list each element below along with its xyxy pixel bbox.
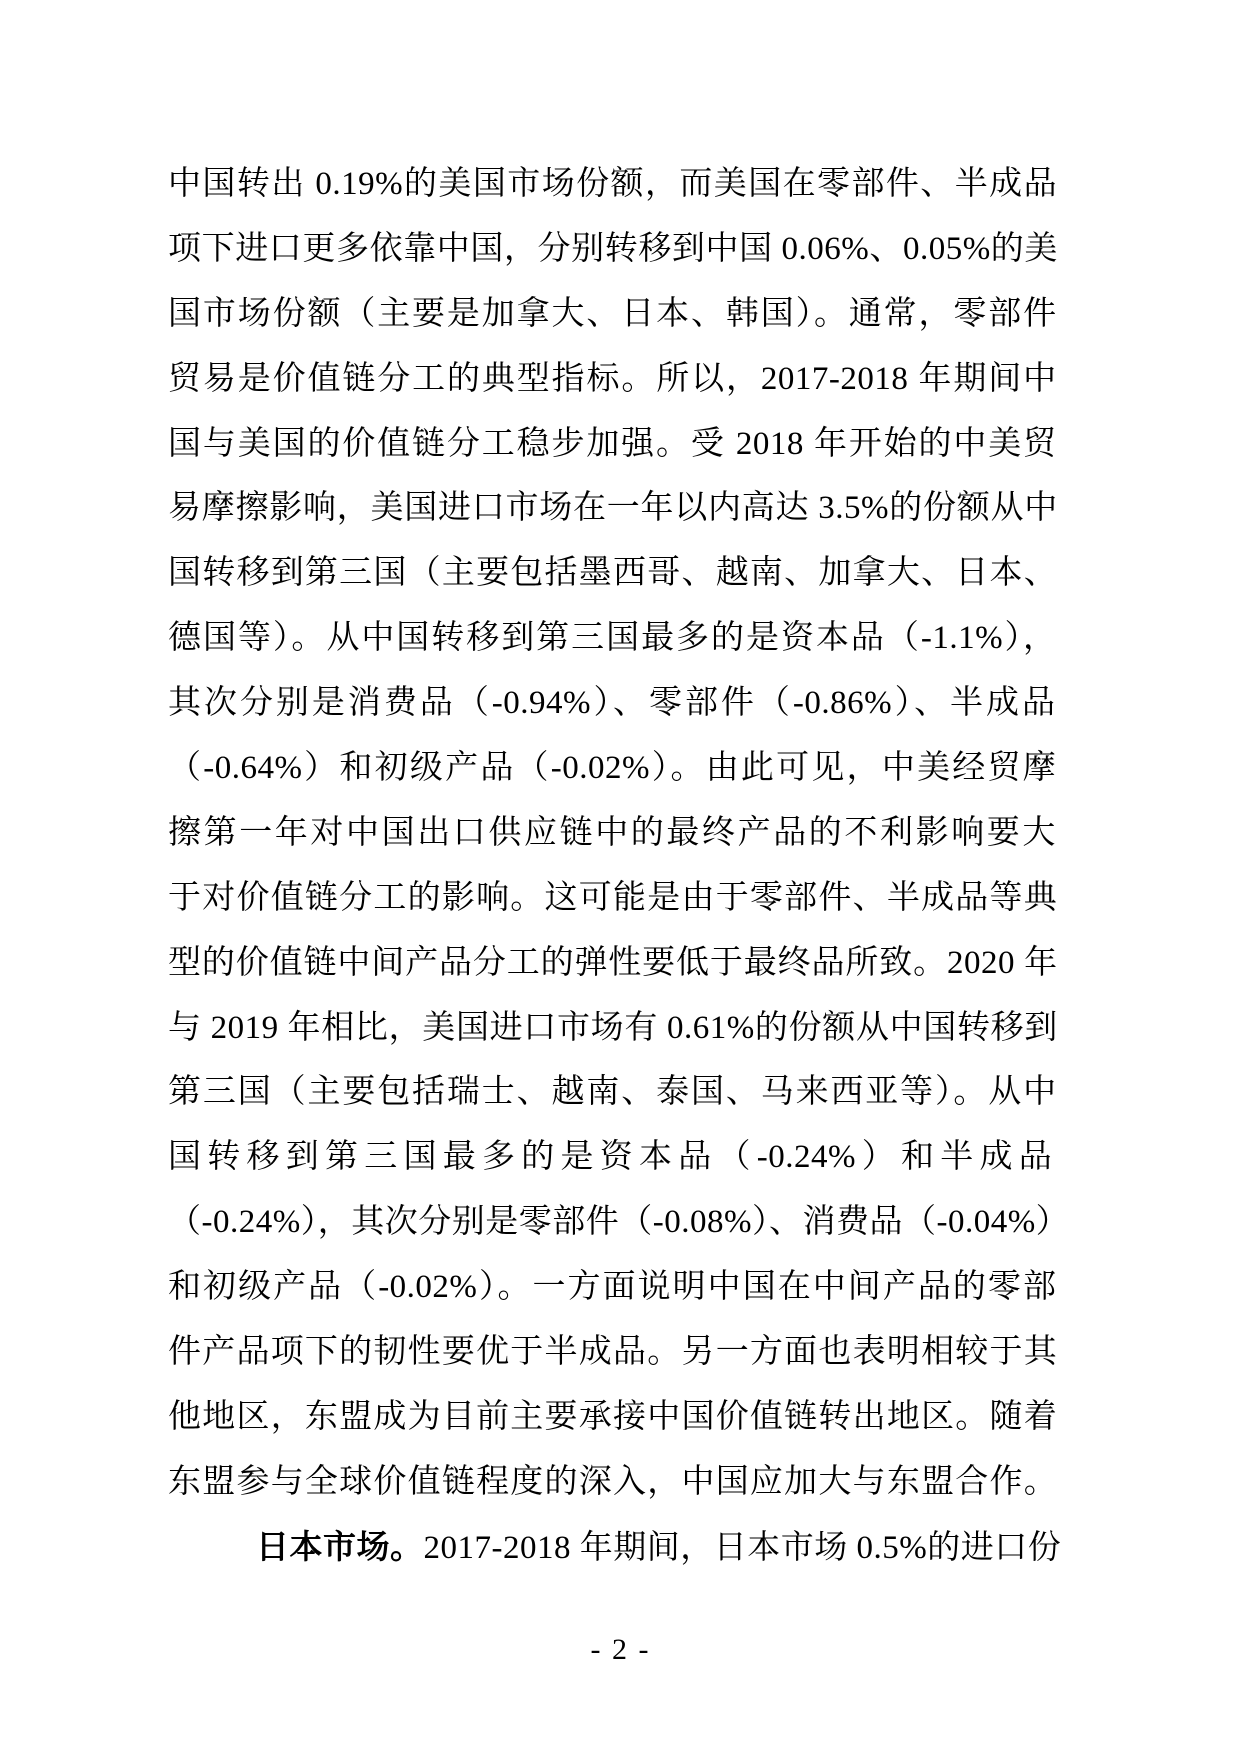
document-page: 中国转出 0.19%的美国市场份额，而美国在零部件、半成品项下进口更多依靠中国，… [0,0,1241,1754]
text-line: 与 2019 年相比，美国进口市场有 0.61%的份额从中国转移到 [168,996,1058,1061]
text-line: 于对价值链分工的影响。这可能是由于零部件、半成品等典 [168,866,1058,931]
text-line: 擦第一年对中国出口供应链中的最终产品的不利影响要大 [168,801,1058,866]
text-line: 国转移到第三国最多的是资本品（-0.24%）和半成品 [168,1125,1058,1190]
text-line: 件产品项下的韧性要优于半成品。另一方面也表明相较于其 [168,1320,1058,1385]
text-line: 贸易是价值链分工的典型指标。所以，2017-2018 年期间中 [168,347,1058,412]
text-line: （-0.24%），其次分别是零部件（-0.08%）、消费品（-0.04%） [168,1190,1058,1255]
text-line: 德国等）。从中国转移到第三国最多的是资本品（-1.1%）， [168,606,1058,671]
text-line: 第三国（主要包括瑞士、越南、泰国、马来西亚等）。从中 [168,1060,1058,1125]
text-line: 他地区，东盟成为目前主要承接中国价值链转出地区。随着 [168,1385,1058,1450]
paragraph-heading: 日本市场。 [256,1528,424,1565]
text-line: 型的价值链中间产品分工的弹性要低于最终品所致。2020 年 [168,931,1058,996]
text-line: 国转移到第三国（主要包括墨西哥、越南、加拿大、日本、 [168,541,1058,606]
text-line: 国与美国的价值链分工稳步加强。受 2018 年开始的中美贸 [168,412,1058,477]
text-line: 日本市场。2017-2018 年期间，日本市场 0.5%的进口份 [168,1515,1058,1580]
page-number: - 2 - [0,1628,1241,1672]
text-line: 项下进口更多依靠中国，分别转移到中国 0.06%、0.05%的美 [168,217,1058,282]
document-lines: 中国转出 0.19%的美国市场份额，而美国在零部件、半成品项下进口更多依靠中国，… [168,152,1058,1580]
text-line: 国市场份额（主要是加拿大、日本、韩国）。通常，零部件 [168,282,1058,347]
text-line: （-0.64%）和初级产品（-0.02%）。由此可见，中美经贸摩 [168,736,1058,801]
text-line: 其次分别是消费品（-0.94%）、零部件（-0.86%）、半成品 [168,671,1058,736]
text-line: 易摩擦影响，美国进口市场在一年以内高达 3.5%的份额从中 [168,476,1058,541]
text-line: 东盟参与全球价值链程度的深入，中国应加大与东盟合作。 [168,1450,1058,1515]
text-line: 和初级产品（-0.02%）。一方面说明中国在中间产品的零部 [168,1255,1058,1320]
text-line: 中国转出 0.19%的美国市场份额，而美国在零部件、半成品 [168,152,1058,217]
